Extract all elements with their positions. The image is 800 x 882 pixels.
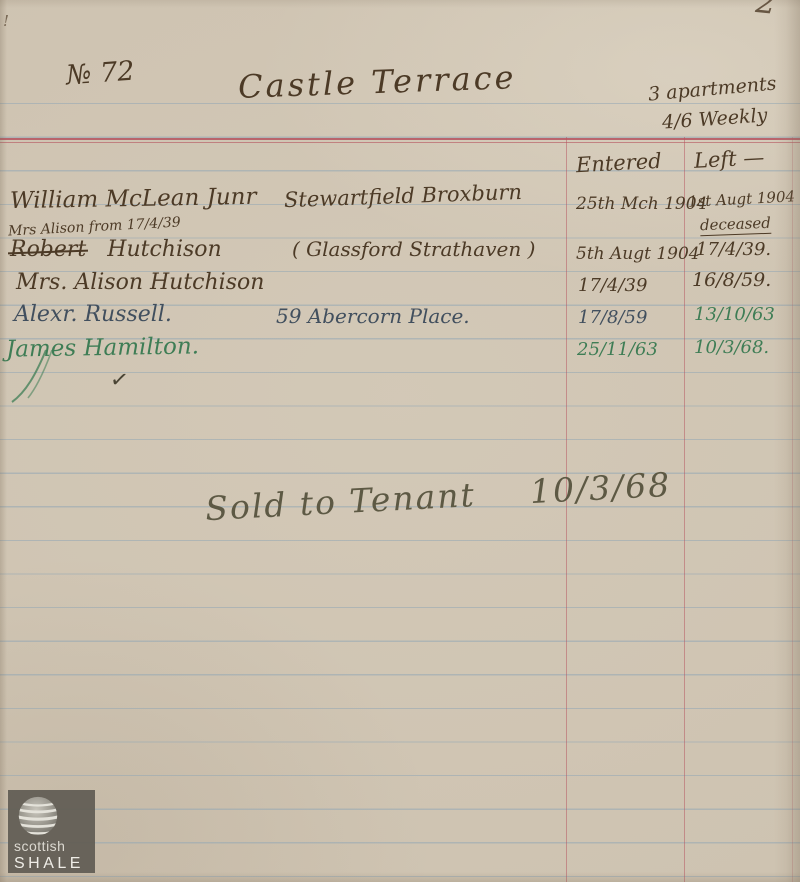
- red-rule-vertical-entered: [566, 137, 567, 882]
- tenant-address: ( Glassford Strathaven ): [292, 239, 535, 259]
- tenant-left-date: 10/3/68.: [694, 339, 769, 357]
- tenant-entered-date: 17/4/39: [578, 277, 647, 295]
- deceased-note: deceased: [700, 214, 772, 236]
- margin-mark: !: [3, 14, 9, 29]
- sold-note-date: 10/3/68: [529, 465, 672, 511]
- tenant-name: Robert Hutchison: [10, 239, 222, 261]
- corner-page-number: 2: [754, 0, 778, 19]
- tenant-entered-date: 5th Augt 1904: [576, 246, 700, 263]
- page-title: Castle Terrace: [238, 61, 517, 103]
- tenant-name: James Hamilton.: [6, 335, 199, 361]
- tenant-name: Mrs. Alison Hutchison: [16, 272, 264, 294]
- checkmark-icon: ✓: [109, 369, 130, 393]
- tenant-left-date: 1st Augt 1904: [688, 189, 796, 210]
- column-header-entered: Entered: [576, 151, 663, 176]
- tenant-left-date: 13/10/63: [694, 306, 775, 324]
- column-header-left: Left —: [693, 147, 764, 172]
- tenant-name: Alexr. Russell.: [14, 304, 172, 326]
- sold-note: Sold to Tenant 10/3/68: [204, 468, 671, 525]
- tenant-left-note: deceased: [700, 216, 771, 233]
- rent-note: 4/6 Weekly: [661, 106, 767, 132]
- apartments-note: 3 apartments: [647, 74, 777, 104]
- red-rule-vertical-margin: [792, 137, 793, 882]
- struck-name: Robert: [10, 237, 86, 262]
- red-rule-horizontal: [0, 138, 800, 140]
- tenant-address: Stewartfield Broxburn: [284, 182, 523, 211]
- globe-icon: [14, 795, 62, 837]
- tenant-entered-date: 17/8/59: [578, 309, 647, 327]
- tenant-surname: Hutchison: [107, 237, 221, 262]
- tenant-left-date: 16/8/59.: [692, 271, 771, 290]
- red-rule-horizontal: [0, 142, 800, 143]
- tenant-entered-date: 25/11/63: [577, 341, 658, 359]
- watermark-text-shale: SHALE: [14, 855, 84, 873]
- watermark-text-scottish: scottish: [14, 838, 65, 854]
- tenant-left-date: 17/4/39.: [696, 241, 771, 259]
- scottish-shale-watermark: scottish SHALE: [8, 790, 95, 873]
- tenant-name: William McLean Junr: [10, 186, 257, 213]
- house-number: № 72: [65, 58, 135, 90]
- tenant-address: 59 Abercorn Place.: [276, 306, 470, 326]
- insert-note: Mrs Alison from 17/4/39: [8, 215, 181, 238]
- sold-note-text: Sold to Tenant: [204, 475, 476, 528]
- ledger-page: 2 ! № 72 Castle Terrace 3 apartments 4/6…: [0, 0, 800, 882]
